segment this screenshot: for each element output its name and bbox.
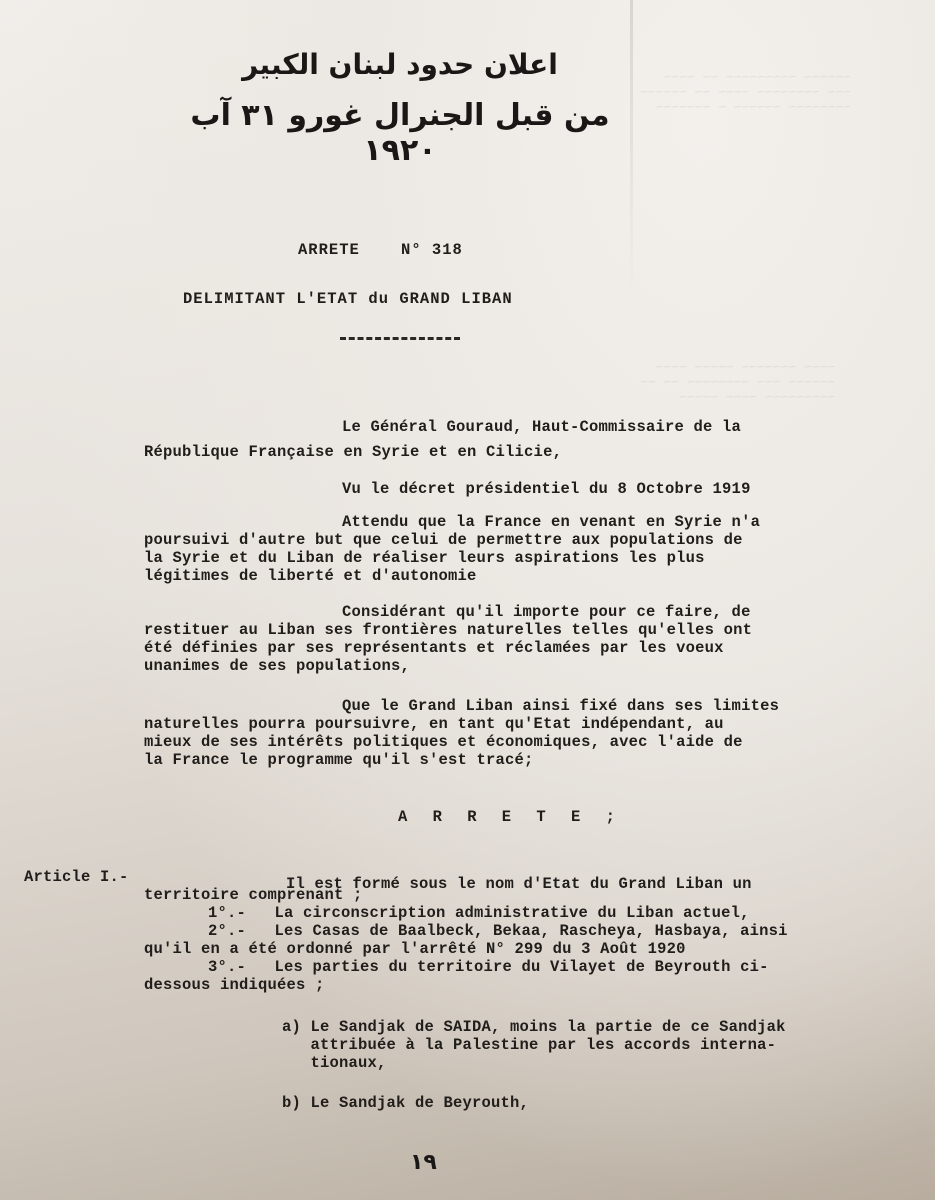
title-divider — [340, 337, 460, 340]
preamble-line: naturelles pourra poursuivre, en tant qu… — [144, 715, 724, 733]
preamble-line: la Syrie et du Liban de réaliser leurs a… — [144, 549, 705, 567]
preamble-line: Considérant qu'il importe pour ce faire,… — [342, 603, 751, 621]
preamble-line: été définies par ses représentants et ré… — [144, 639, 724, 657]
preamble-line: Attendu que la France en venant en Syrie… — [342, 513, 760, 531]
preamble-line: poursuivi d'autre but que celui de perme… — [144, 531, 743, 549]
decree-title: ARRETE N° 318 — [298, 241, 463, 259]
article-line: 3°.- Les parties du territoire du Vilaye… — [208, 958, 769, 976]
subitem-line: a) Le Sandjak de SAIDA, moins la partie … — [282, 1018, 786, 1036]
preamble-line: République Française en Syrie et en Cili… — [144, 443, 562, 461]
bleed-through-text: ~~~~ ~~~~~~~ ~~~~~ ~~~~ ~~~~~~ ~~~ ~~~~~… — [640, 360, 835, 405]
preamble-line: Le Général Gouraud, Haut-Commissaire de … — [342, 418, 741, 436]
preamble-line: restituer au Liban ses frontières nature… — [144, 621, 752, 639]
subitem-line: b) Le Sandjak de Beyrouth, — [282, 1094, 529, 1112]
article-label: Article I.- — [24, 868, 129, 886]
article-line: dessous indiquées ; — [144, 976, 325, 994]
preamble-line: la France le programme qu'il s'est tracé… — [144, 751, 534, 769]
arrete-heading: A R R E T E ; — [398, 808, 623, 826]
preamble-line: légitimes de liberté et d'autonomie — [144, 567, 477, 585]
arabic-title-line-2: من قبل الجنرال غورو ٣١ آب ١٩٢٠ — [150, 98, 650, 168]
decree-subtitle: DELIMITANT L'ETAT du GRAND LIBAN — [183, 290, 513, 308]
preamble-line: Vu le décret présidentiel du 8 Octobre 1… — [342, 480, 751, 498]
arabic-title-line-1: اعلان حدود لبنان الكبير — [150, 48, 650, 81]
article-line: 1°.- La circonscription administrative d… — [208, 904, 750, 922]
preamble-line: unanimes de ses populations, — [144, 657, 410, 675]
article-line: 2°.- Les Casas de Baalbeck, Bekaa, Rasch… — [208, 922, 788, 940]
preamble-line: Que le Grand Liban ainsi fixé dans ses l… — [342, 697, 779, 715]
article-line: territoire comprenant ; — [144, 886, 363, 904]
bleed-through-text: ~~~~~~ ~~~~~~~~~ ~~ ~~~~ ~~~ ~~~~~~~~ ~~… — [640, 70, 851, 115]
subitem-line: tionaux, — [282, 1054, 387, 1072]
subitem-line: attribuée à la Palestine par les accords… — [282, 1036, 776, 1054]
preamble-line: mieux de ses intérêts politiques et écon… — [144, 733, 743, 751]
page-number: ١٩ — [410, 1150, 437, 1175]
article-line: qu'il en a été ordonné par l'arrêté N° 2… — [144, 940, 686, 958]
